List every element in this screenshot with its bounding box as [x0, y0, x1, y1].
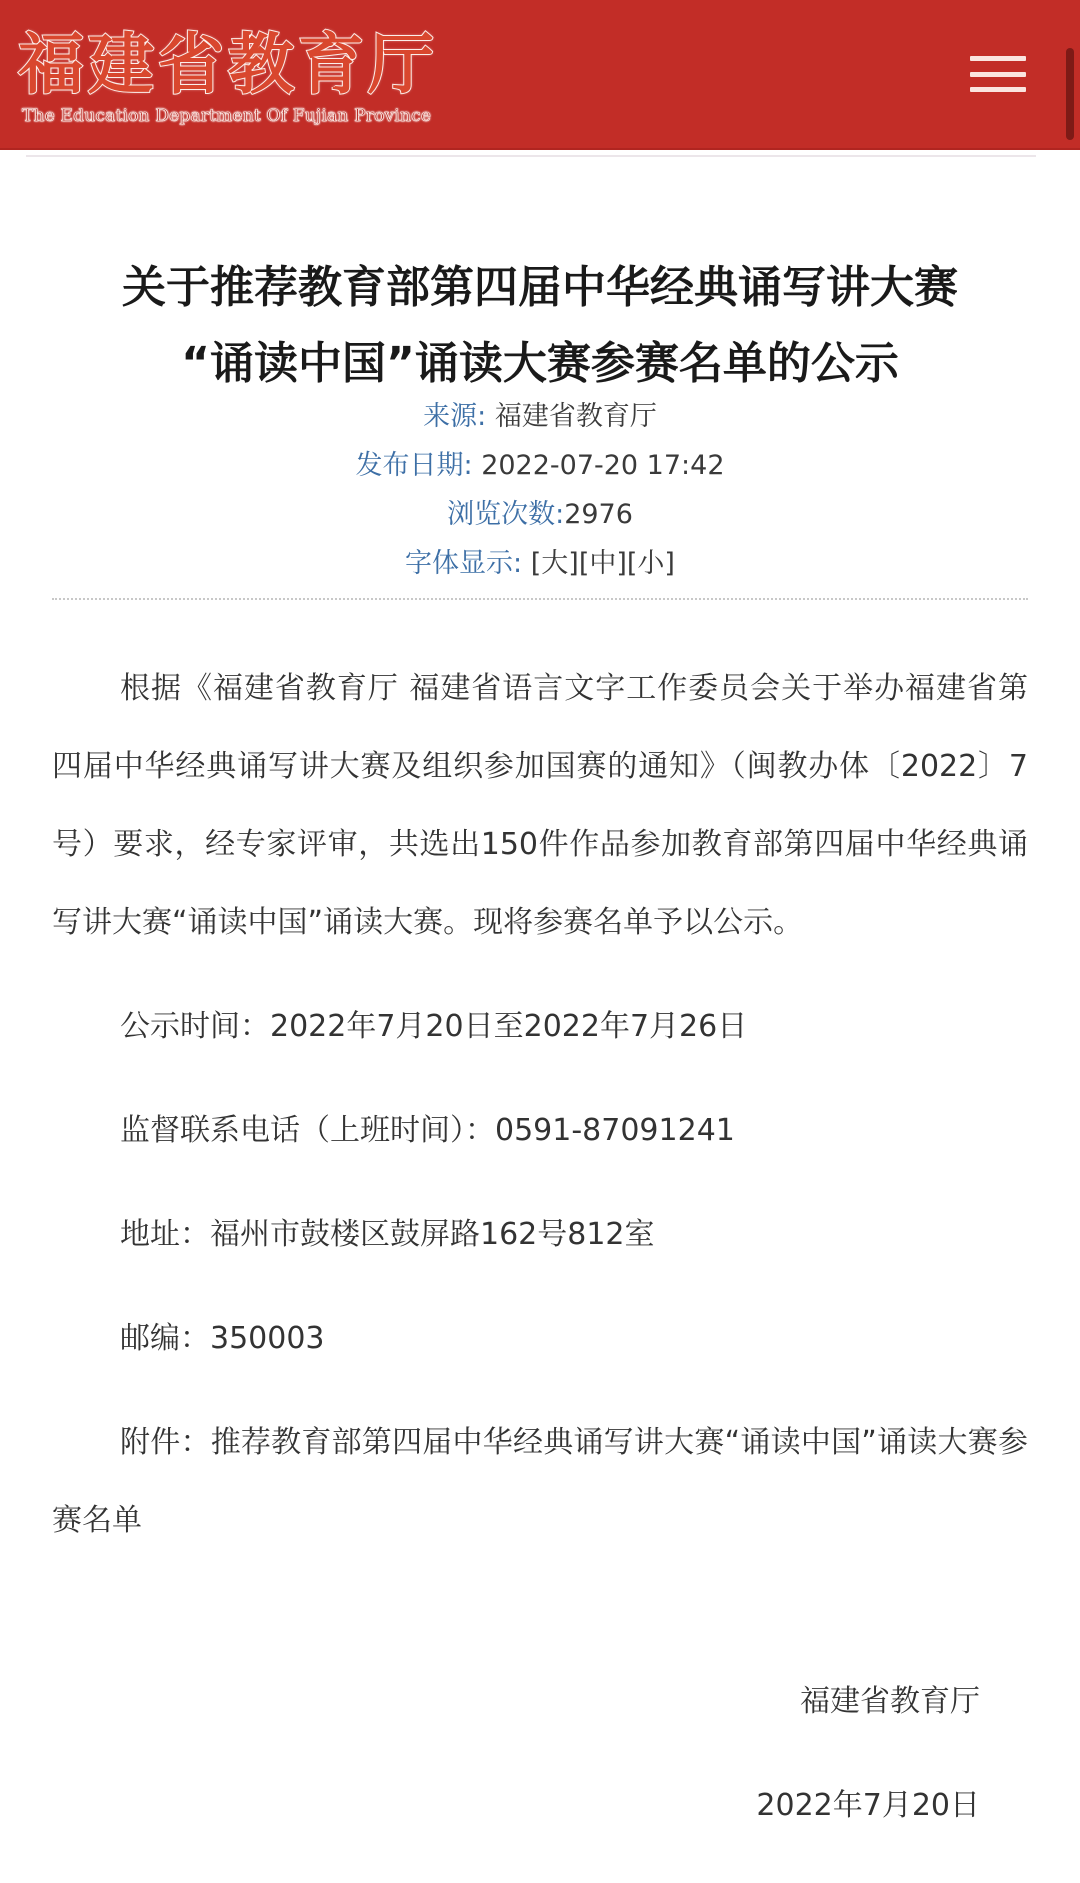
article-title-line1: 关于推荐教育部第四届中华经典诵写讲大赛: [30, 250, 1050, 326]
signature-date: 2022年7月20日: [0, 1786, 980, 1826]
font-large-button[interactable]: [大]: [531, 548, 579, 579]
source-value: 福建省教育厅: [495, 401, 657, 432]
intro-paragraph: 根据《福建省教育厅 福建省语言文字工作委员会关于举办福建省第四届中华经典诵写讲大…: [52, 650, 1028, 962]
source-label: 来源:: [423, 401, 486, 432]
site-logo-subtitle: The Education Department Of Fujian Provi…: [22, 106, 431, 126]
views-value: 2976: [564, 499, 633, 530]
article-title-line2: “诵读中国”诵读大赛参赛名单的公示: [30, 326, 1050, 402]
menu-bar: [970, 72, 1026, 77]
scrollbar-thumb[interactable]: [1066, 48, 1074, 140]
menu-bar: [970, 87, 1026, 92]
site-logo[interactable]: 福建省教育厅: [18, 28, 438, 100]
meta-source: 来源: 福建省教育厅: [0, 392, 1080, 441]
date-value: 2022-07-20 17:42: [481, 450, 724, 481]
contact-address: 地址：福州市鼓楼区鼓屏路162号812室: [52, 1196, 1028, 1274]
publicity-period: 公示时间：2022年7月20日至2022年7月26日: [52, 988, 1028, 1066]
meta-font-size: 字体显示: [大][中][小]: [0, 539, 1080, 588]
views-label: 浏览次数:: [447, 499, 564, 530]
dotted-divider: [52, 598, 1028, 600]
signature-org: 福建省教育厅: [0, 1682, 980, 1722]
article-body: 根据《福建省教育厅 福建省语言文字工作委员会关于举办福建省第四届中华经典诵写讲大…: [52, 650, 1028, 1560]
font-medium-button[interactable]: [中]: [579, 548, 627, 579]
site-header: 福建省教育厅 The Education Department Of Fujia…: [0, 0, 1080, 150]
hamburger-menu-icon[interactable]: [968, 52, 1028, 98]
attachment-link[interactable]: 附件：推荐教育部第四届中华经典诵写讲大赛“诵读中国”诵读大赛参赛名单: [52, 1404, 1028, 1560]
font-size-label: 字体显示:: [405, 548, 522, 579]
divider: [26, 155, 1036, 157]
meta-date: 发布日期: 2022-07-20 17:42: [0, 441, 1080, 490]
date-label: 发布日期:: [355, 450, 472, 481]
menu-bar: [970, 56, 1026, 61]
contact-phone: 监督联系电话（上班时间）：0591-87091241: [52, 1092, 1028, 1170]
article-meta: 来源: 福建省教育厅 发布日期: 2022-07-20 17:42 浏览次数:2…: [0, 392, 1080, 588]
font-small-button[interactable]: [小]: [627, 548, 675, 579]
article-title: 关于推荐教育部第四届中华经典诵写讲大赛 “诵读中国”诵读大赛参赛名单的公示: [30, 250, 1050, 402]
postcode: 邮编：350003: [52, 1300, 1028, 1378]
meta-views: 浏览次数:2976: [0, 490, 1080, 539]
